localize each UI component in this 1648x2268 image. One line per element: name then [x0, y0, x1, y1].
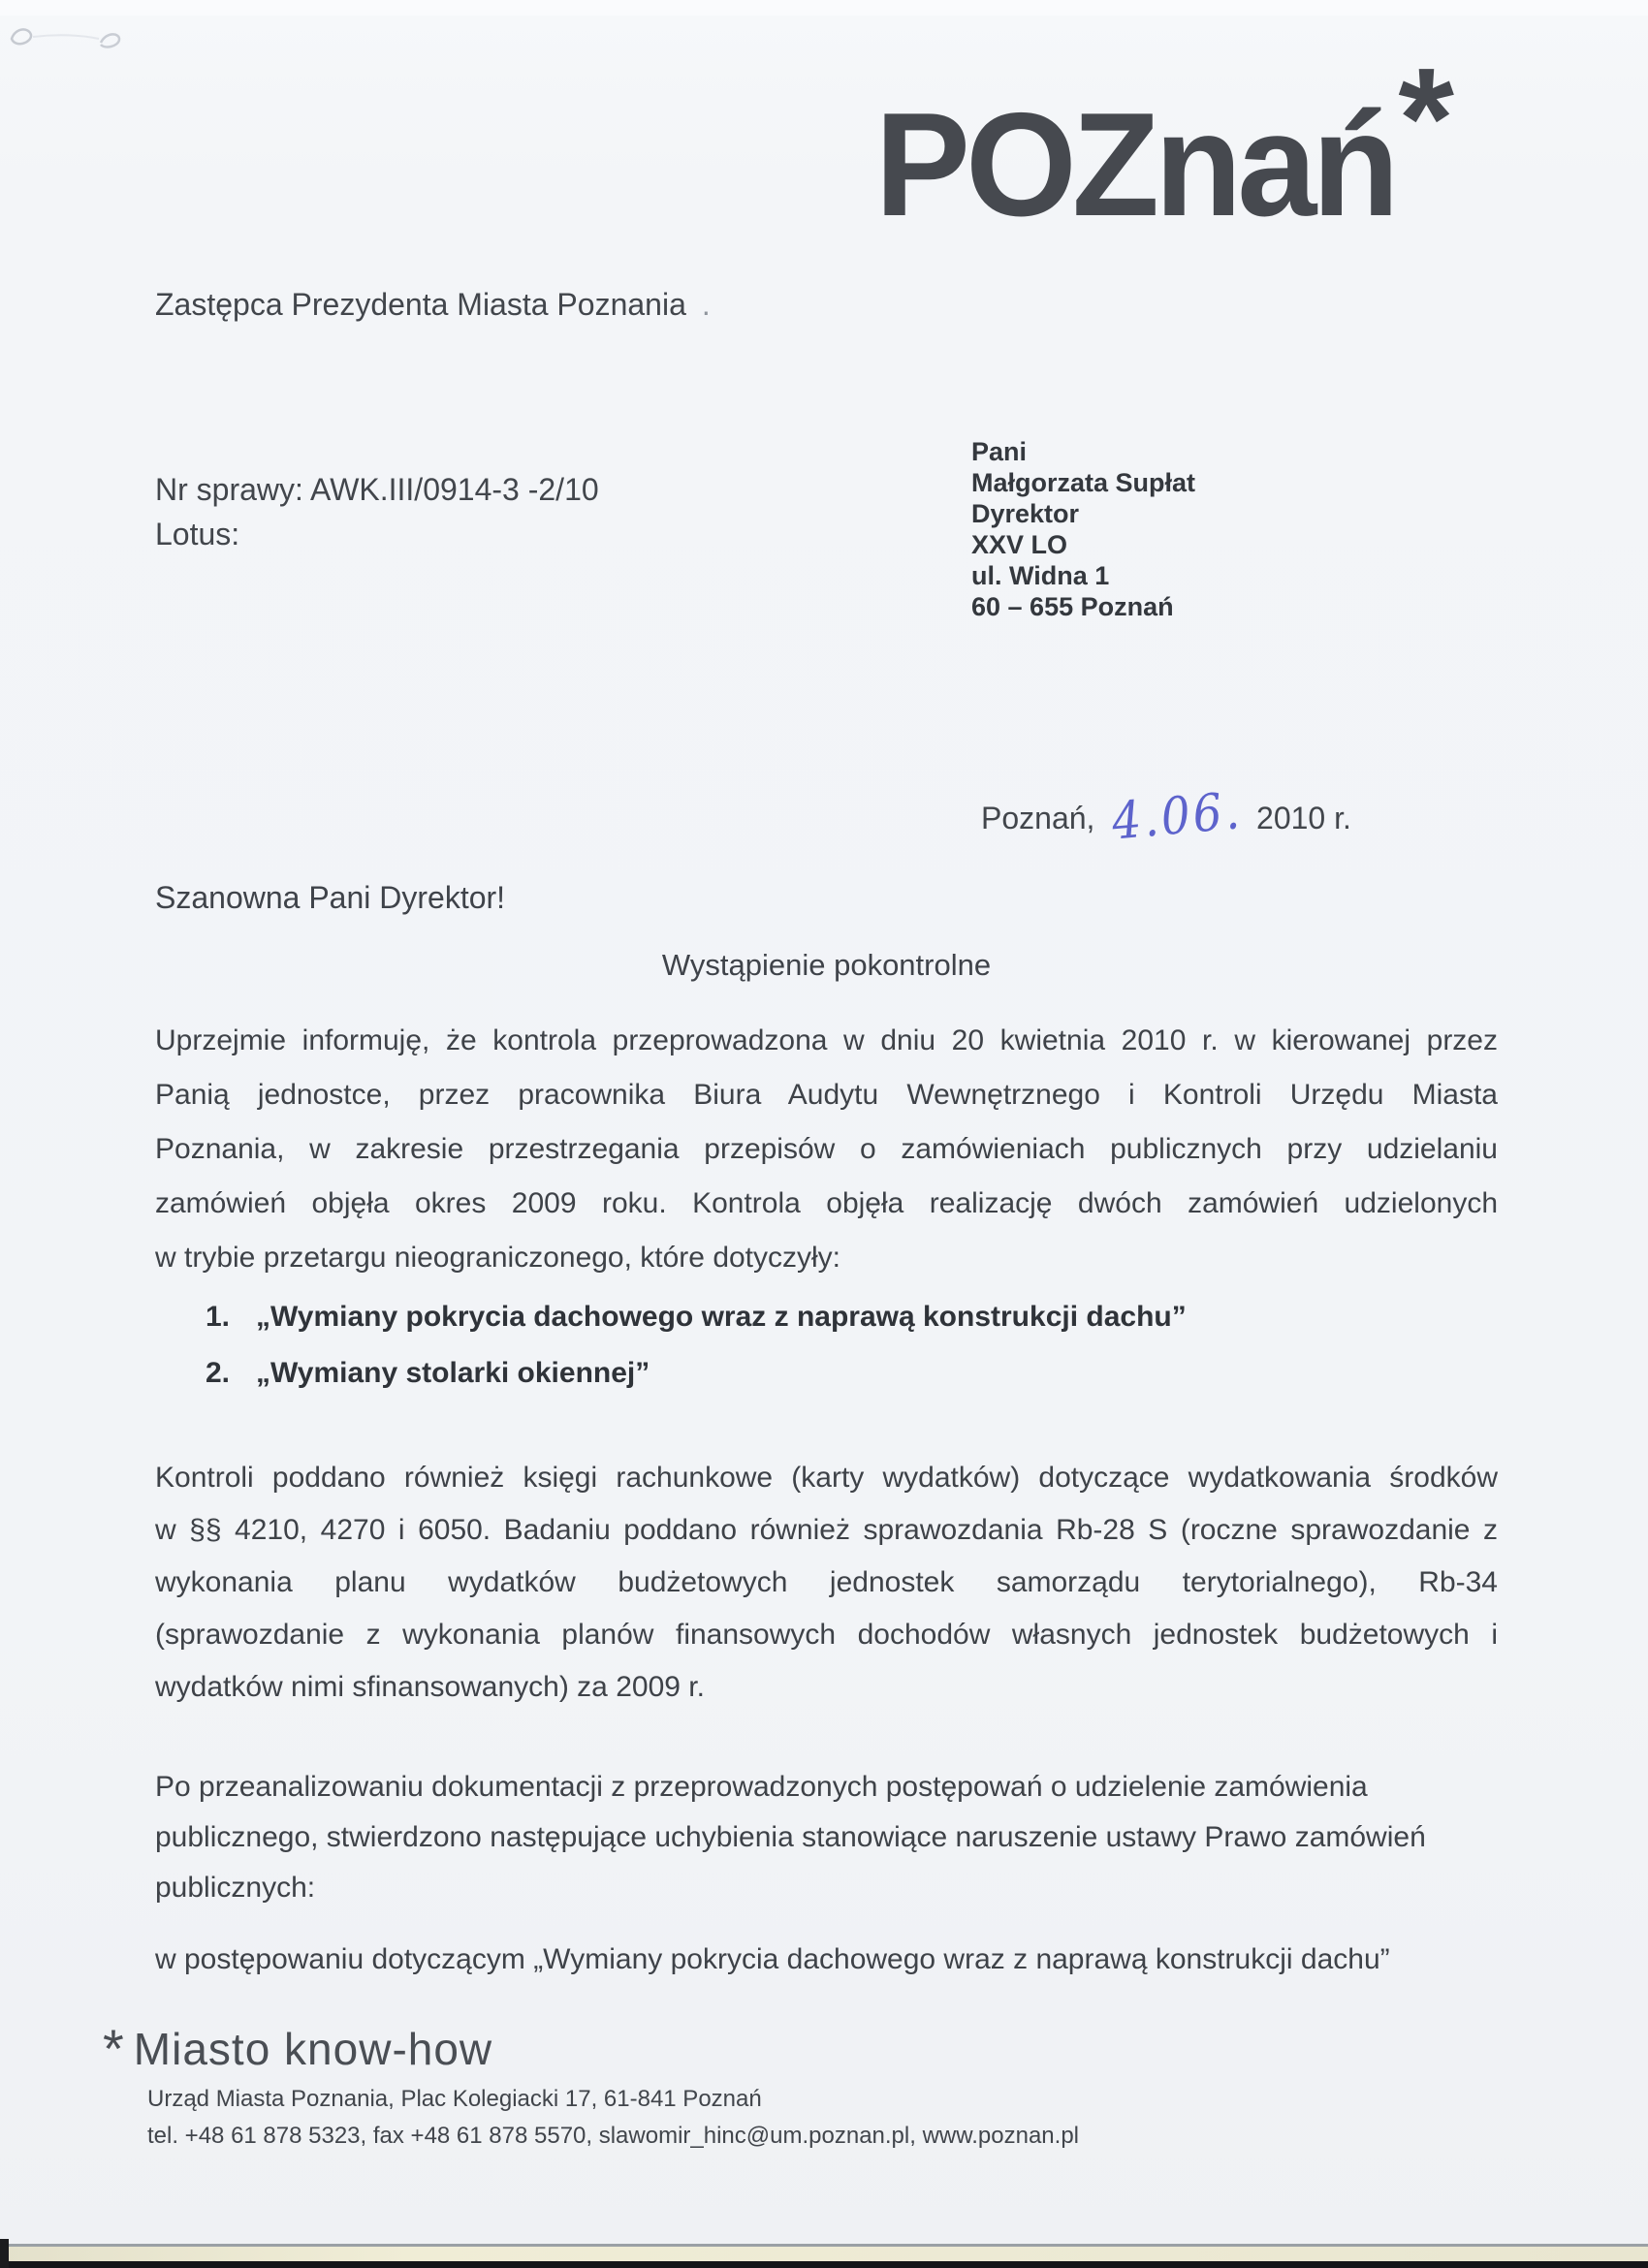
list-item-text: „Wymiany pokrycia dachowego wraz z napra… [256, 1289, 1187, 1345]
footer-brand-text: Miasto know-how [134, 2024, 492, 2074]
paragraph-line: wydatków nimi sfinansowanych) za 2009 r. [155, 1661, 1498, 1714]
paragraph-line: zamówień objęła okres 2009 roku. Kontrol… [155, 1177, 1498, 1231]
list-item: 1. „Wymiany pokrycia dachowego wraz z na… [206, 1289, 1187, 1345]
paragraph-line: publicznych: [155, 1863, 1498, 1913]
recipient-line: Dyrektor [971, 498, 1195, 529]
document-title: Wystąpienie pokontrolne [155, 948, 1498, 983]
scan-corner-notch [0, 2239, 9, 2268]
paragraph-line: wykonania planu wydatków budżetowych jed… [155, 1557, 1498, 1609]
list-item-number: 2. [206, 1345, 256, 1402]
scan-edge-beige-strip [0, 2247, 1648, 2261]
footer-address: Urząd Miasta Poznania, Plac Kolegiacki 1… [147, 2086, 762, 2113]
paragraph-findings: Po przeanalizowaniu dokumentacji z przep… [155, 1762, 1498, 1913]
lotus-line: Lotus: [155, 512, 599, 556]
paragraph-line: w trybie przetargu nieograniczonego, któ… [155, 1231, 1498, 1285]
paragraph-line: w §§ 4210, 4270 i 6050. Badaniu poddano … [155, 1504, 1498, 1557]
paragraph-line: Uprzejmie informuję, że kontrola przepro… [155, 1014, 1498, 1068]
footer-brand: * Miasto know-how [103, 2024, 492, 2074]
ordered-list: 1. „Wymiany pokrycia dachowego wraz z na… [206, 1289, 1187, 1402]
reference-block: Nr sprawy: AWK.III/0914-3 -2/10 Lotus: [155, 467, 599, 556]
list-item-number: 1. [206, 1289, 256, 1345]
poznan-logo-asterisk-icon: * [1398, 66, 1454, 173]
paragraph-line: Panią jednostce, przez pracownika Biura … [155, 1068, 1498, 1122]
recipient-line: 60 – 655 Poznań [971, 591, 1195, 622]
scan-edge-black-strip [0, 2261, 1648, 2268]
list-item-text: „Wymiany stolarki okiennej” [256, 1345, 650, 1402]
dateline-city: Poznań, [981, 801, 1094, 835]
recipient-line: Małgorzata Supłat [971, 467, 1195, 498]
scan-top-light-strip [0, 0, 1648, 16]
paragraph-proceeding-roof: w postępowaniu dotyczącym „Wymiany pokry… [155, 1933, 1498, 1987]
handwritten-date: 4.06. [1111, 790, 1245, 844]
footer-asterisk-icon: * [103, 2026, 124, 2072]
paragraph-line: Poznania, w zakresie przestrzegania prze… [155, 1122, 1498, 1177]
scanned-letter-page: POZnań * Zastępca Prezydenta Miasta Pozn… [0, 0, 1648, 2268]
list-item: 2. „Wymiany stolarki okiennej” [206, 1345, 1187, 1402]
sender-title-line: Zastępca Prezydenta Miasta Poznania. [155, 287, 711, 323]
poznan-logo: POZnań * [859, 83, 1454, 246]
sender-title: Zastępca Prezydenta Miasta Poznania [155, 287, 686, 322]
sender-title-dot: . [702, 287, 711, 322]
recipient-line: ul. Widna 1 [971, 560, 1195, 591]
paragraph-line: (sprawozdanie z wykonania planów finanso… [155, 1609, 1498, 1661]
dateline: Poznań,4.06.2010 r. [981, 795, 1351, 836]
paragraph-line: Po przeanalizowaniu dokumentacji z przep… [155, 1762, 1498, 1812]
case-number-line: Nr sprawy: AWK.III/0914-3 -2/10 [155, 467, 599, 512]
paragraph-control-info: Uprzejmie informuję, że kontrola przepro… [155, 1014, 1498, 1285]
paragraph-accounting-books: Kontroli poddano również księgi rachunko… [155, 1452, 1498, 1714]
paragraph-line: publicznego, stwierdzono następujące uch… [155, 1812, 1498, 1863]
poznan-logo-wordmark: POZnań [874, 83, 1394, 246]
recipient-block: Pani Małgorzata Supłat Dyrektor XXV LO u… [971, 436, 1195, 622]
dateline-year: 2010 r. [1256, 801, 1351, 835]
footer-contact: tel. +48 61 878 5323, fax +48 61 878 557… [147, 2123, 1079, 2150]
paragraph-line: w postępowaniu dotyczącym „Wymiany pokry… [155, 1933, 1498, 1987]
recipient-line: XXV LO [971, 529, 1195, 560]
scan-squiggle-marks-icon [4, 19, 159, 68]
paragraph-line: Kontroli poddano również księgi rachunko… [155, 1452, 1498, 1504]
recipient-line: Pani [971, 436, 1195, 467]
salutation: Szanowna Pani Dyrektor! [155, 880, 505, 916]
